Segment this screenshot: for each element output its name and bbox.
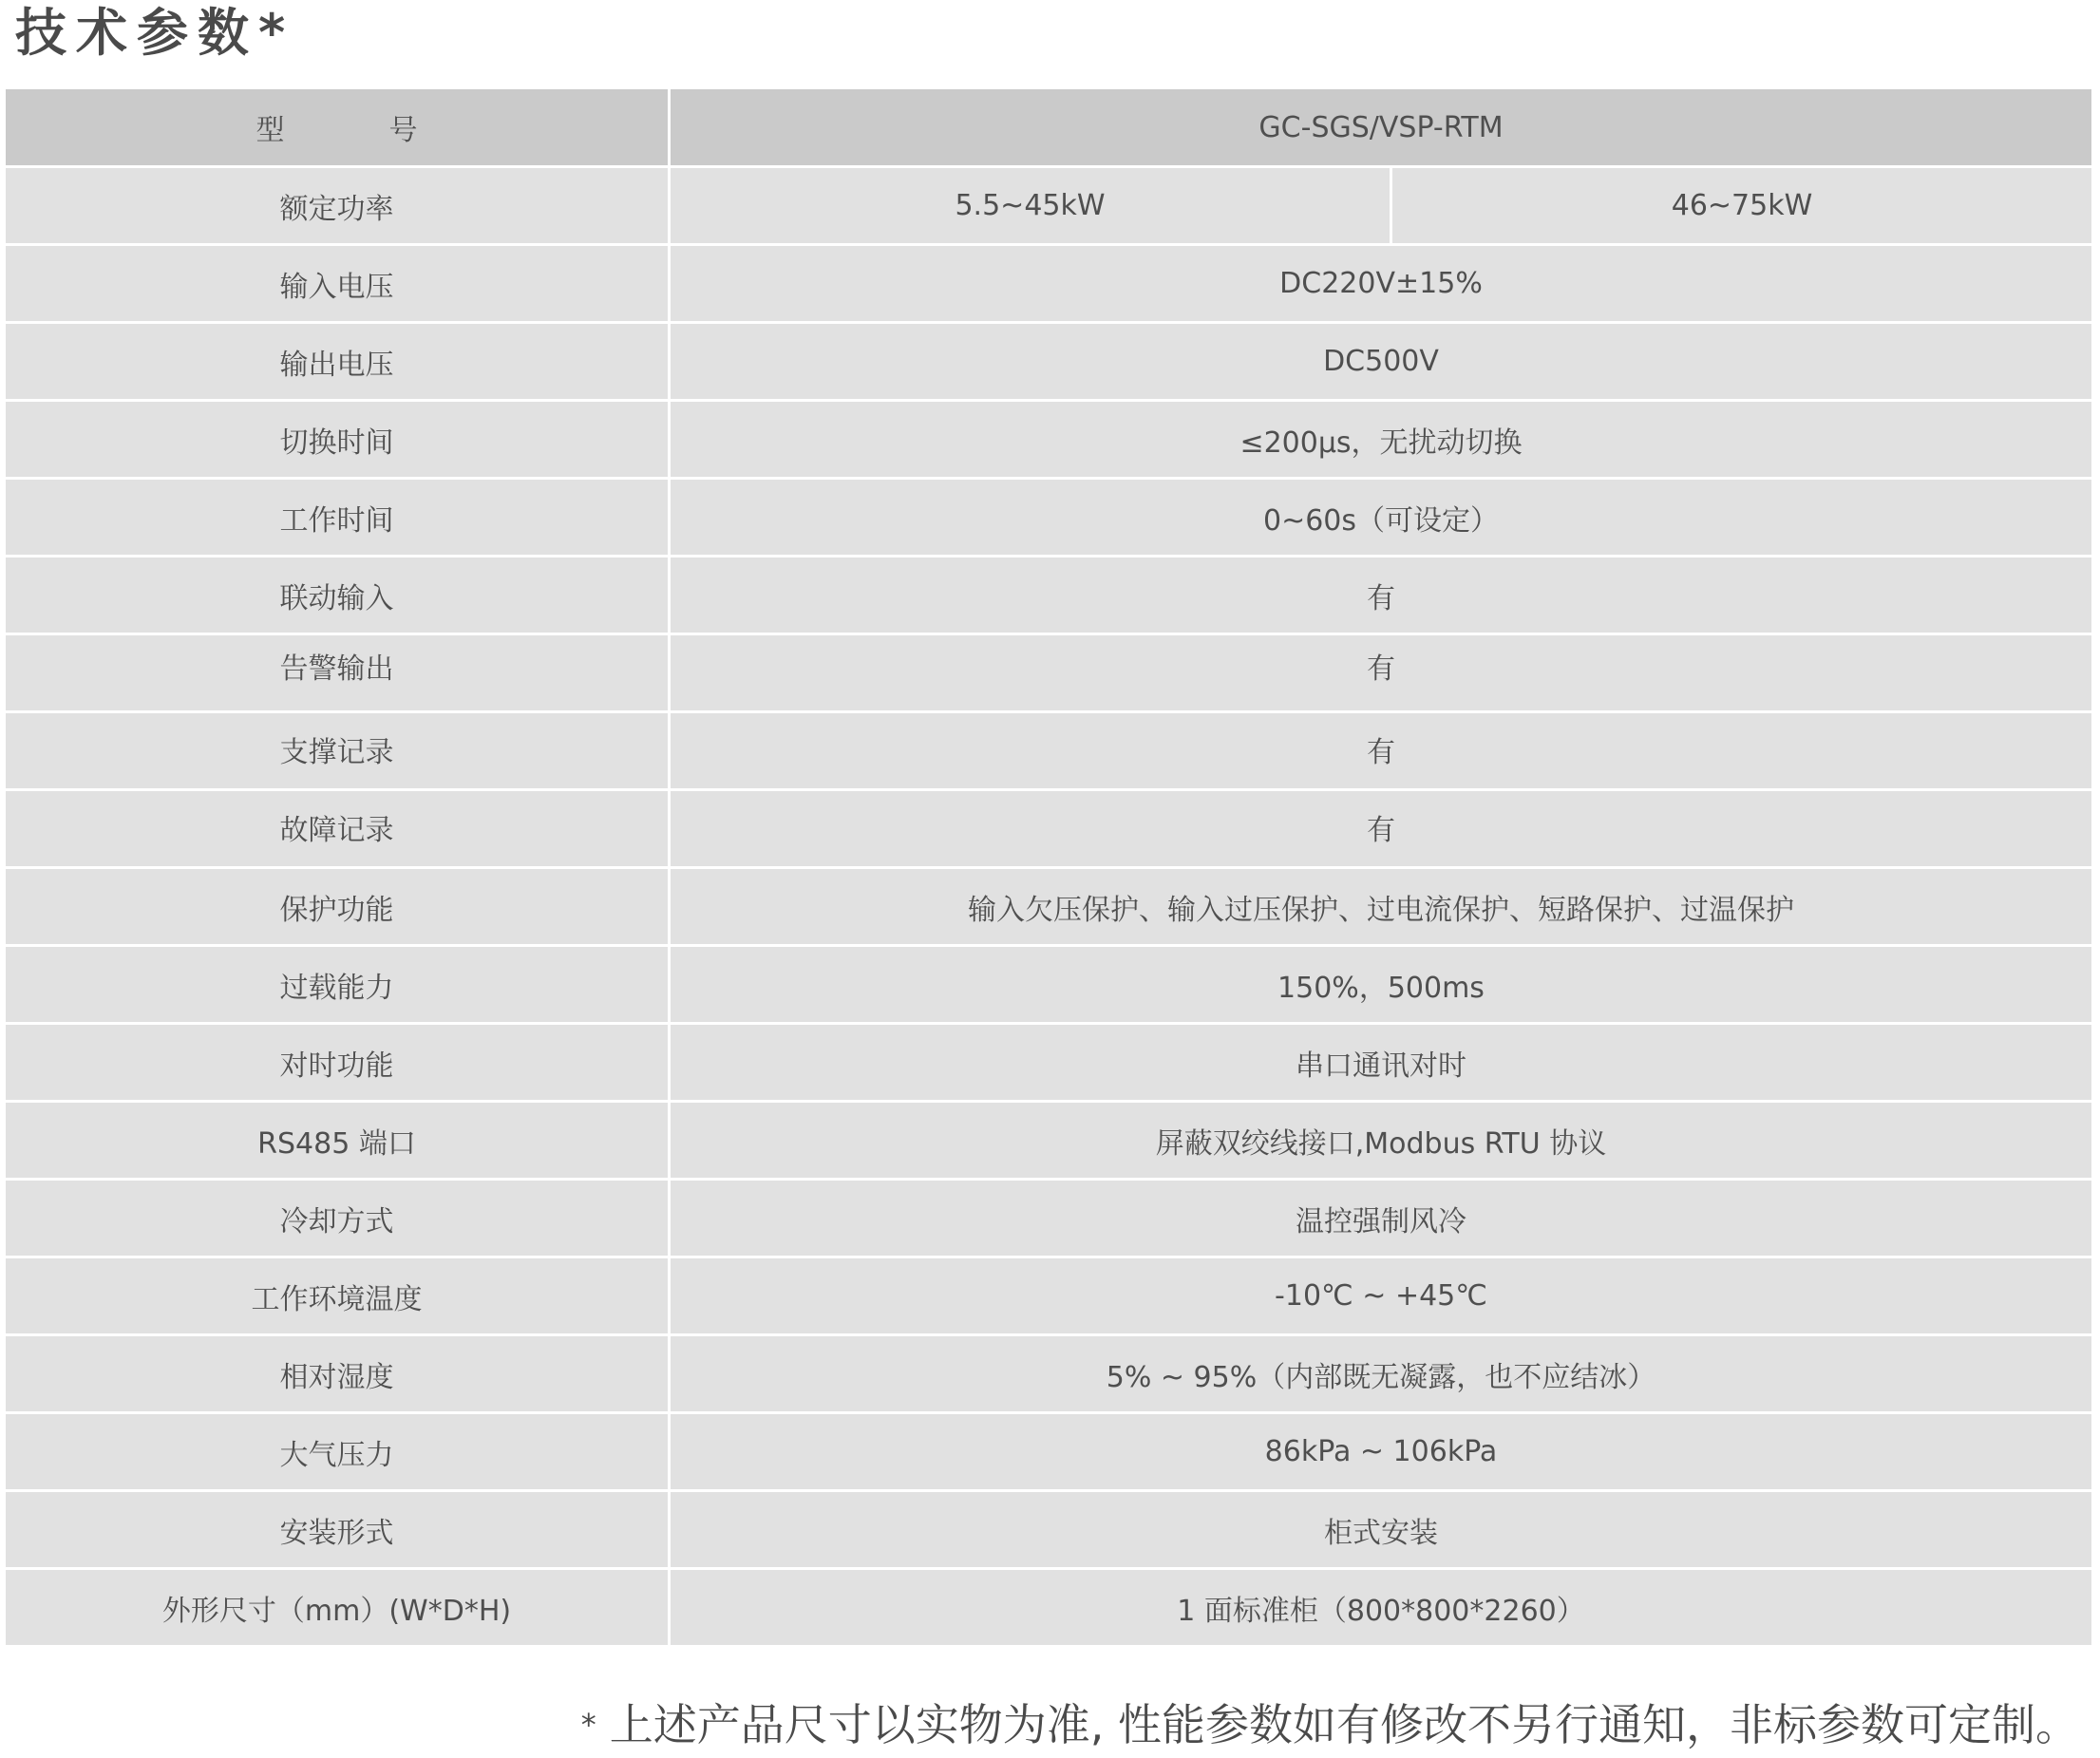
table-row: 故障记录 有 — [6, 791, 2091, 866]
row-value: 150%，500ms — [671, 947, 2091, 1022]
table-row: 联动输入 有 — [6, 558, 2091, 633]
row-value: 86kPa ~ 106kPa — [671, 1414, 2091, 1489]
row-value: 有 — [671, 558, 2091, 633]
table-row: 输出电压 DC500V — [6, 324, 2091, 399]
row-label: 保护功能 — [6, 869, 668, 944]
footnote-text: 上述产品尺寸以实物为准, 性能参数如有修改不另行通知，非标参数可定制。 — [610, 1699, 2079, 1750]
asterisk-icon: * — [581, 1707, 596, 1743]
row-label: 工作环境温度 — [6, 1258, 668, 1333]
row-value: 柜式安装 — [671, 1492, 2091, 1567]
power-range-small: 5.5~45kW — [671, 168, 1390, 243]
table-row: 安装形式 柜式安装 — [6, 1492, 2091, 1567]
model-label-char-1: 型 — [256, 106, 285, 148]
page-title: 技术参数* — [15, 2, 294, 65]
table-row: 工作环境温度 -10℃ ~ +45℃ — [6, 1258, 2091, 1333]
table-row: 保护功能 输入欠压保护、输入过压保护、过电流保护、短路保护、过温保护 — [6, 869, 2091, 944]
table-row: 支撑记录 有 — [6, 713, 2091, 788]
row-value: 5% ~ 95%（内部既无凝露，也不应结冰） — [671, 1336, 2091, 1411]
row-label: 额定功率 — [6, 168, 668, 243]
row-value: 串口通讯对时 — [671, 1025, 2091, 1100]
row-label: 故障记录 — [6, 791, 668, 866]
table-row: 切换时间 ≤200μs，无扰动切换 — [6, 402, 2091, 477]
row-value: DC500V — [671, 324, 2091, 399]
table-row: RS485 端口 屏蔽双绞线接口,Modbus RTU 协议 — [6, 1103, 2091, 1178]
model-header-label: 型 号 — [6, 89, 668, 165]
row-value: 有 — [671, 791, 2091, 866]
row-value: DC220V±15% — [671, 246, 2091, 321]
table-row: 冷却方式 温控强制风冷 — [6, 1181, 2091, 1256]
row-value: 温控强制风冷 — [671, 1181, 2091, 1256]
table-header-row: 型 号 GC-SGS/VSP-RTM — [6, 89, 2091, 165]
row-label: 冷却方式 — [6, 1181, 668, 1256]
row-label: 联动输入 — [6, 558, 668, 633]
model-value: GC-SGS/VSP-RTM — [671, 89, 2091, 165]
row-label: 输出电压 — [6, 324, 668, 399]
row-label: 对时功能 — [6, 1025, 668, 1100]
row-label: 大气压力 — [6, 1414, 668, 1489]
row-value: 有 — [671, 713, 2091, 788]
row-label: 支撑记录 — [6, 713, 668, 788]
row-label: RS485 端口 — [6, 1103, 668, 1178]
row-label: 外形尺寸（mm）(W*D*H) — [6, 1570, 668, 1645]
model-label-char-2: 号 — [389, 106, 418, 148]
row-value: 有 — [671, 635, 2091, 710]
row-label: 切换时间 — [6, 402, 668, 477]
table-row: 外形尺寸（mm）(W*D*H) 1 面标准柜（800*800*2260） — [6, 1570, 2091, 1645]
table-row: 告警输出 有 — [6, 635, 2091, 710]
row-value: 1 面标准柜（800*800*2260） — [671, 1570, 2091, 1645]
table-row: 工作时间 0~60s（可设定） — [6, 480, 2091, 555]
table-row: 大气压力 86kPa ~ 106kPa — [6, 1414, 2091, 1489]
table-row: 对时功能 串口通讯对时 — [6, 1025, 2091, 1100]
spec-table: 型 号 GC-SGS/VSP-RTM 额定功率 5.5~45kW 46~75kW… — [6, 89, 2091, 1645]
row-value: 0~60s（可设定） — [671, 480, 2091, 555]
power-range-large: 46~75kW — [1392, 168, 2091, 243]
table-row: 过载能力 150%，500ms — [6, 947, 2091, 1022]
footnote: *上述产品尺寸以实物为准, 性能参数如有修改不另行通知，非标参数可定制。 — [581, 1696, 2079, 1753]
table-row: 相对湿度 5% ~ 95%（内部既无凝露，也不应结冰） — [6, 1336, 2091, 1411]
row-label: 相对湿度 — [6, 1336, 668, 1411]
row-value: 屏蔽双绞线接口,Modbus RTU 协议 — [671, 1103, 2091, 1178]
row-label: 过载能力 — [6, 947, 668, 1022]
table-row: 输入电压 DC220V±15% — [6, 246, 2091, 321]
row-value: -10℃ ~ +45℃ — [671, 1258, 2091, 1333]
row-value: ≤200μs，无扰动切换 — [671, 402, 2091, 477]
row-label: 工作时间 — [6, 480, 668, 555]
table-row-rated-power: 额定功率 5.5~45kW 46~75kW — [6, 168, 2091, 243]
row-label: 安装形式 — [6, 1492, 668, 1567]
row-value: 输入欠压保护、输入过压保护、过电流保护、短路保护、过温保护 — [671, 869, 2091, 944]
row-label: 输入电压 — [6, 246, 668, 321]
row-label: 告警输出 — [6, 635, 668, 710]
